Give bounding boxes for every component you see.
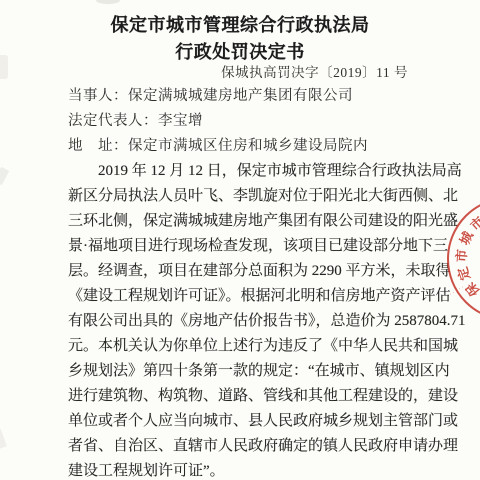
legal-rep-label: 法定代表人： (68, 113, 158, 129)
document-number: 保城执高罚决字〔2019〕11 号 (221, 61, 408, 81)
scan-artifact (0, 429, 7, 449)
scan-artifact (96, 0, 120, 4)
party-label: 当事人： (68, 88, 128, 104)
body-paragraph: 2019 年 12 月 12 日，保定市城市管理综合行政执法局高新区分局执法人员… (68, 159, 414, 480)
body-line: 元。本机关认为你单位上述行为违反了《中华人民共和国城 (68, 334, 414, 359)
party-row: 当事人：保定满城城建房地产集团有限公司 (68, 84, 414, 109)
legal-rep-value: 李宝增 (158, 113, 203, 129)
body-line: 三环北侧，保定满城城建房地产集团有限公司建设的阳光盛 (68, 209, 414, 234)
legal-rep-row: 法定代表人：李宝增 (68, 109, 414, 134)
body-line: 2019 年 12 月 12 日，保定市城市管理综合行政执法局高 (68, 159, 414, 184)
body-line: 建设工程规划许可证”。 (68, 459, 414, 480)
party-value: 保定满城城建房地产集团有限公司 (128, 88, 353, 104)
official-seal-char: 市 (454, 248, 471, 263)
address-value: 保定市满城区住房和城乡建设局院内 (128, 138, 368, 154)
body-line: 单位或者个人应当向城市、县人民政府城乡规划主管部门或 (68, 409, 414, 434)
body-line: 进行建筑物、构筑物、道路、管线和其他工程建设的，建设 (68, 384, 414, 409)
document-title-agency: 保定市城市管理综合行政执法局 (0, 11, 480, 37)
body-line: 《建设工程规划许可证》。根据河北明和信房地产资产评估 (68, 284, 414, 309)
scan-artifact (0, 167, 9, 185)
body-line: 乡规划法》第四十条第一款的规定：“在城市、镇规划区内 (68, 359, 414, 384)
document-content: 当事人：保定满城城建房地产集团有限公司 法定代表人：李宝增 地 址：保定市满城区… (68, 84, 414, 480)
body-line: 新区分局执法人员叶飞、李凯旋对位于阳光北大街西侧、北 (68, 184, 414, 209)
address-label: 地 址： (68, 138, 128, 154)
penalty-decision-document: 保定市城市管理综合行政执法局 行政处罚决定书 保城执高罚决字〔2019〕11 号… (0, 0, 480, 480)
body-line: 者省、自治区、直辖市人民政府确定的镇人民政府申请办理 (68, 434, 414, 459)
body-line: 景·福地项目进行现场检查发现，该项目已建设部分地下三 (68, 234, 414, 259)
body-line: 层。经调查，项目在建部分总面积为 2290 平方米，未取得 (68, 259, 414, 284)
address-row: 地 址：保定市满城区住房和城乡建设局院内 (68, 134, 414, 159)
body-line: 有限公司出具的《房地产估价报告书》，总造价为 2587804.71 (68, 309, 414, 334)
